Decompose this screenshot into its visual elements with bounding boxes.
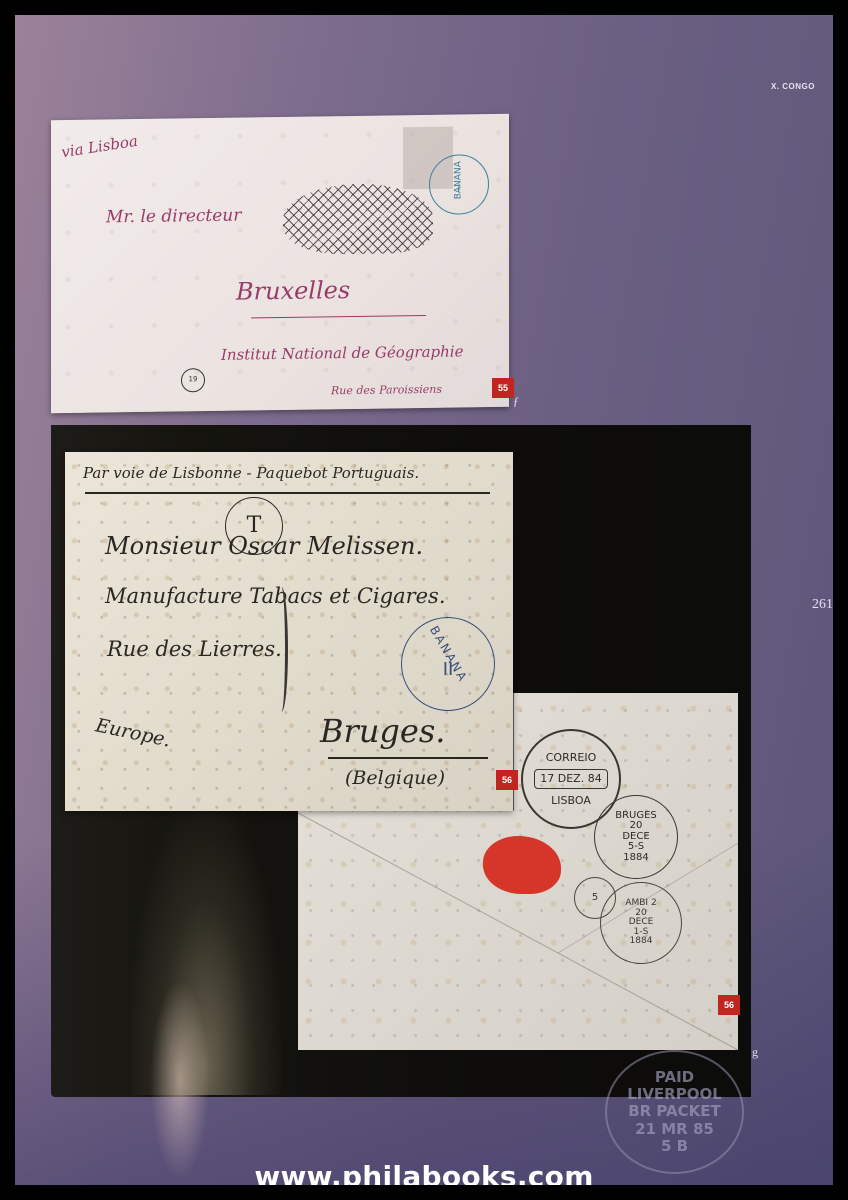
watermark-url: www.philabooks.com: [0, 1160, 848, 1185]
postmark-line: PAID: [655, 1069, 694, 1086]
postmark-top: CORREIO: [546, 752, 596, 764]
small-mark: 19: [181, 368, 205, 392]
institution: Institut National de Géographie: [221, 342, 463, 363]
street: Rue des Paroissiens: [331, 383, 442, 398]
badge-56-front: 56: [496, 770, 518, 790]
continent: Europe.: [94, 714, 173, 751]
banana-postmark: BANANA II: [401, 617, 495, 711]
underline: [251, 315, 426, 318]
postmark-bottom: LISBOA: [551, 795, 591, 807]
header-underline: [85, 492, 490, 494]
cover-56-front-image: Par voie de Lisbonne - Paquebot Portugua…: [65, 452, 513, 811]
margin-glyph-2: g: [752, 1045, 758, 1060]
route-header: Par voie de Lisbonne - Paquebot Portugua…: [83, 464, 419, 482]
country: (Belgique): [345, 767, 445, 789]
postmark-line: 5 B: [661, 1138, 688, 1155]
pen-stroke: [275, 587, 288, 712]
postmark-town: BANANA: [454, 161, 463, 199]
badge-56-back: 56: [718, 995, 740, 1015]
postmark-line: BR PACKET: [628, 1103, 721, 1120]
postmark-year: 1884: [630, 937, 653, 946]
postmark-line: 21 MR 85: [635, 1121, 714, 1138]
addressee: Mr. le directeur: [106, 206, 241, 228]
city: Bruges.: [320, 712, 445, 750]
bruges-postmark: BRUGES 20 DECE 5-S 1884: [594, 795, 678, 879]
small-mark-text: 19: [189, 376, 198, 383]
badge-55: 55: [492, 378, 514, 398]
city: Bruxelles: [236, 276, 350, 306]
postmark-number: 5: [592, 893, 598, 904]
route-note: via Lisboa: [60, 132, 139, 162]
section-label: X. CONGO: [771, 82, 815, 91]
postmark-year: 1884: [623, 853, 648, 864]
cover-55-image: via Lisboa Mr. le directeur BANANA I Bru…: [51, 114, 509, 413]
banana-postmark: BANANA I: [429, 154, 489, 215]
cancel-crosshatch: [283, 183, 433, 255]
small-circle-postmark: 5: [574, 877, 616, 919]
street: Rue des Lierres.: [107, 637, 282, 661]
addressee: Monsieur Oscar Melissen.: [105, 532, 423, 560]
margin-glyph: ƒ: [513, 394, 519, 409]
page-number: 261: [812, 597, 833, 613]
postmark-line: LIVERPOOL: [627, 1086, 722, 1103]
city-underline: [328, 757, 488, 759]
postmark-date: 17 DEZ. 84: [534, 769, 607, 789]
background-paid-liverpool-postmark: PAID LIVERPOOL BR PACKET 21 MR 85 5 B: [605, 1050, 744, 1174]
